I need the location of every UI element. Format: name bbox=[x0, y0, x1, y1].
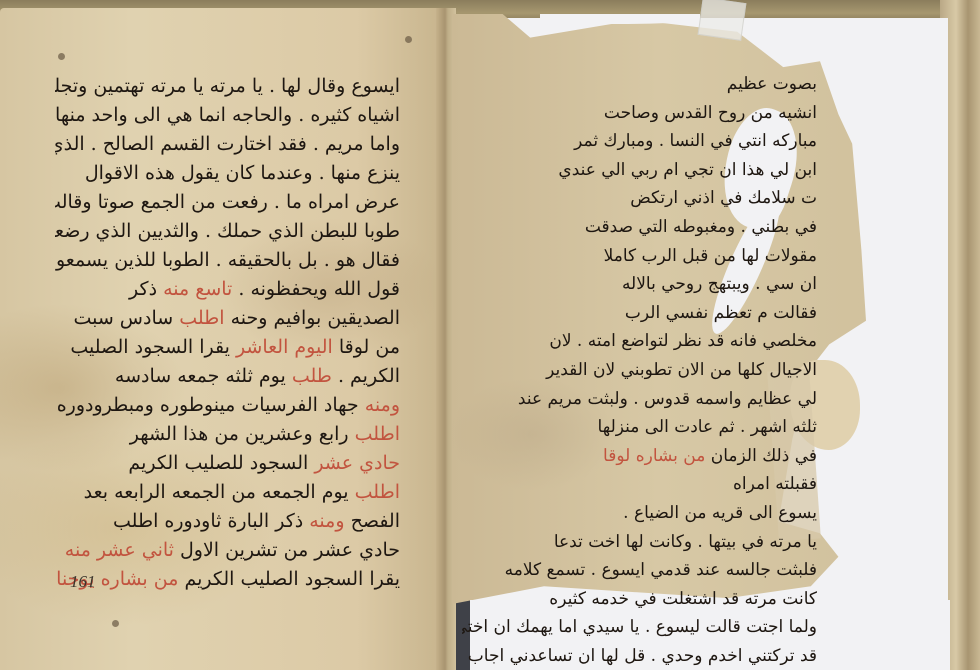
text-line: ابن لي هذا ان تجي ام ربي الي عندي bbox=[462, 156, 817, 185]
text-line: لي عظايم واسمه قدوس . ولبثت مريم عند bbox=[462, 385, 817, 414]
ink-text: الفصح bbox=[351, 510, 400, 532]
text-line: طوبا للبطن الذي حملك . والثديين الذي رضع… bbox=[55, 217, 400, 246]
ink-text: في ذلك الزمان bbox=[711, 446, 817, 466]
ink-text: ثلثه اشهر . ثم عادت الى منزلها bbox=[598, 417, 817, 437]
text-line: ت سلامك في اذني ارتكض bbox=[462, 184, 817, 213]
ink-text: بصوت عظيم bbox=[727, 74, 817, 94]
ink-text: ينزع منها . وعندما كان يقول هذه الاقوال bbox=[85, 162, 400, 184]
text-line: الصديقين بوافيم وحنه اطلب سادس سبت bbox=[55, 304, 400, 333]
text-line: حادي عشر السجود للصليب الكريم bbox=[55, 449, 400, 478]
text-line: فقبلته امراه bbox=[462, 470, 817, 499]
text-line: مخلصي فانه قد نظر لتواضع امته . لان bbox=[462, 327, 817, 356]
ink-text: ابن لي هذا ان تجي ام ربي الي عندي bbox=[558, 160, 817, 180]
manuscript-photo: ايسوع وقال لها . يا مرته يا مرته تهتمين … bbox=[0, 0, 980, 670]
text-line: من لوقا اليوم العاشر يقرا السجود الصليب bbox=[55, 333, 400, 362]
ink-text: يقرا السجود الصليب bbox=[70, 336, 236, 358]
ink-text: قد تركتني اخدم وحدي . قل لها ان تساعدني … bbox=[468, 646, 817, 666]
ink-text: الصديقين بوافيم وحنه bbox=[231, 307, 400, 329]
rubric-text: ومنه bbox=[309, 510, 344, 532]
ink-text: يوم ثلثه جمعه سادسه bbox=[115, 365, 292, 387]
ink-text: اشياه كثيره . والحاجه انما هي الى واحد م… bbox=[55, 104, 400, 126]
rubric-text: حادي عشر bbox=[314, 452, 400, 474]
ink-text: يوم الجمعه من الجمعه الرابعه بعد bbox=[84, 481, 355, 503]
ink-text: جهاد الفرسيات مينوطوره ومبطرودوره bbox=[57, 394, 365, 416]
ink-text: ت سلامك في اذني ارتكض bbox=[630, 188, 817, 208]
ink-text: عرض امراه ما . رفعت من الجمع صوتا وقالت … bbox=[55, 191, 400, 213]
ink-text: حادي عشر من تشرين الاول bbox=[180, 539, 400, 561]
rubric-text: اليوم العاشر bbox=[236, 336, 333, 358]
ink-text: مباركه انتي في النسا . ومبارك ثمر bbox=[574, 131, 817, 151]
text-line: واما مريم . فقد اختارت القسم الصالح . ال… bbox=[55, 130, 400, 159]
text-line: ينزع منها . وعندما كان يقول هذه الاقوال bbox=[55, 159, 400, 188]
ink-text: فلبثت جالسه عند قدمي ايسوع . تسمع كلامه bbox=[505, 560, 817, 580]
ink-text: ولما اجتت قالت ليسوع . يا سيدي اما يهمك … bbox=[462, 617, 817, 637]
text-line: مباركه انتي في النسا . ومبارك ثمر bbox=[462, 127, 817, 156]
text-line: اطلب يوم الجمعه من الجمعه الرابعه بعد bbox=[55, 478, 400, 507]
ink-text: واما مريم . فقد اختارت القسم الصالح . ال… bbox=[55, 133, 400, 155]
tear-top-edge bbox=[540, 14, 700, 24]
text-line: ومنه جهاد الفرسيات مينوطوره ومبطرودوره bbox=[55, 391, 400, 420]
ink-text: من لوقا bbox=[339, 336, 400, 358]
text-line: فلبثت جالسه عند قدمي ايسوع . تسمع كلامه bbox=[462, 556, 817, 585]
text-line: ثلثه اشهر . ثم عادت الى منزلها bbox=[462, 413, 817, 442]
ink-text: فقالت م تعظم نفسي الرب bbox=[625, 303, 817, 323]
ink-text: الكريم . bbox=[338, 365, 400, 387]
ink-text: قول الله ويحفظونه . bbox=[238, 278, 400, 300]
right-page-text: بصوت عظيم انشيه من روح القدس وصاحت مبارك… bbox=[462, 70, 817, 670]
rubric-text: اطلب bbox=[355, 423, 400, 445]
text-line: الكريم . طلب يوم ثلثه جمعه سادسه bbox=[55, 362, 400, 391]
ink-text: فقال هو . بل بالحقيقه . الطوبا للذين يسم… bbox=[55, 249, 400, 271]
text-line: في بطني . ومغبوطه التي صدقت bbox=[462, 213, 817, 242]
ink-text: ذكر البارة ثاودوره اطلب bbox=[113, 510, 309, 532]
ink-text: ان سي . ويبتهج روحي بالاله bbox=[622, 274, 817, 294]
ink-text: سادس سبت bbox=[73, 307, 179, 329]
ink-text: الاجيال كلها من الان تطوبني لان القدير bbox=[546, 360, 817, 380]
ink-text: في بطني . ومغبوطه التي صدقت bbox=[585, 217, 817, 237]
text-line: في ذلك الزمان من بشاره لوقا bbox=[462, 442, 817, 471]
rubric-text: اطلب bbox=[179, 307, 224, 329]
rubric-text: من بشاره لوقا bbox=[603, 446, 705, 466]
stain-spot bbox=[405, 36, 412, 43]
stain-spot bbox=[112, 620, 119, 627]
text-line: قول الله ويحفظونه . تاسع منه ذكر bbox=[55, 275, 400, 304]
text-line: فقالت م تعظم نفسي الرب bbox=[462, 299, 817, 328]
stain-spot bbox=[58, 53, 65, 60]
text-line: بصوت عظيم bbox=[462, 70, 817, 99]
text-line: كانت مرته قد اشتغلت في خدمه كثيره bbox=[462, 585, 817, 614]
rubric-text: تاسع منه bbox=[163, 278, 232, 300]
text-line: اشياه كثيره . والحاجه انما هي الى واحد م… bbox=[55, 101, 400, 130]
left-page-text: ايسوع وقال لها . يا مرته يا مرته تهتمين … bbox=[55, 72, 400, 594]
ink-text: يقرا السجود الصليب الكريم bbox=[184, 568, 400, 590]
text-line: اطلب رابع وعشرين من هذا الشهر bbox=[55, 420, 400, 449]
text-line: يسوع الى قريه من الضياع . bbox=[462, 499, 817, 528]
text-line: عرض امراه ما . رفعت من الجمع صوتا وقالت … bbox=[55, 188, 400, 217]
rubric-text: اطلب bbox=[355, 481, 400, 503]
ink-text: كانت مرته قد اشتغلت في خدمه كثيره bbox=[549, 589, 817, 609]
text-line: ولما اجتت قالت ليسوع . يا سيدي اما يهمك … bbox=[462, 613, 817, 642]
ink-text: يا مرته في بيتها . وكانت لها اخت تدعا bbox=[554, 532, 817, 552]
text-line: حادي عشر من تشرين الاول ثاني عشر منه bbox=[55, 536, 400, 565]
ink-text: طوبا للبطن الذي حملك . والثديين الذي رضع… bbox=[55, 220, 400, 242]
ink-text: مخلصي فانه قد نظر لتواضع امته . لان bbox=[549, 331, 817, 351]
text-line: انشيه من روح القدس وصاحت bbox=[462, 99, 817, 128]
text-line: يقرا السجود الصليب الكريم من بشاره يوحنا… bbox=[55, 565, 400, 594]
ink-text: ذكر bbox=[129, 278, 163, 300]
text-line: ان سي . ويبتهج روحي بالاله bbox=[462, 270, 817, 299]
text-line: فقال هو . بل بالحقيقه . الطوبا للذين يسم… bbox=[55, 246, 400, 275]
folio-number: 161 bbox=[70, 572, 96, 592]
ink-text: يسوع الى قريه من الضياع . bbox=[623, 503, 817, 523]
ink-text: ايسوع وقال لها . يا مرته يا مرته تهتمين … bbox=[55, 75, 400, 97]
rubric-text: طلب bbox=[292, 365, 332, 387]
ink-text: لي عظايم واسمه قدوس . ولبثت مريم عند bbox=[518, 389, 817, 409]
text-line: يا مرته في بيتها . وكانت لها اخت تدعا bbox=[462, 528, 817, 557]
ink-text: رابع وعشرين من هذا الشهر bbox=[130, 423, 355, 445]
text-line: ايسوع وقال لها . يا مرته يا مرته تهتمين … bbox=[55, 72, 400, 101]
tape-tab bbox=[698, 0, 747, 41]
ink-text: السجود للصليب الكريم bbox=[128, 452, 314, 474]
text-line: الفصح ومنه ذكر البارة ثاودوره اطلب bbox=[55, 507, 400, 536]
rubric-text: ومنه bbox=[365, 394, 400, 416]
text-line: قد تركتني اخدم وحدي . قل لها ان تساعدني … bbox=[462, 642, 817, 670]
ink-text: مقولات لها من قبل الرب كاملا bbox=[604, 246, 817, 266]
ink-text: انشيه من روح القدس وصاحت bbox=[604, 103, 817, 123]
rubric-text: ثاني عشر منه bbox=[65, 539, 174, 561]
text-line: الاجيال كلها من الان تطوبني لان القدير bbox=[462, 356, 817, 385]
text-line: مقولات لها من قبل الرب كاملا bbox=[462, 242, 817, 271]
ink-text: فقبلته امراه bbox=[733, 474, 817, 494]
